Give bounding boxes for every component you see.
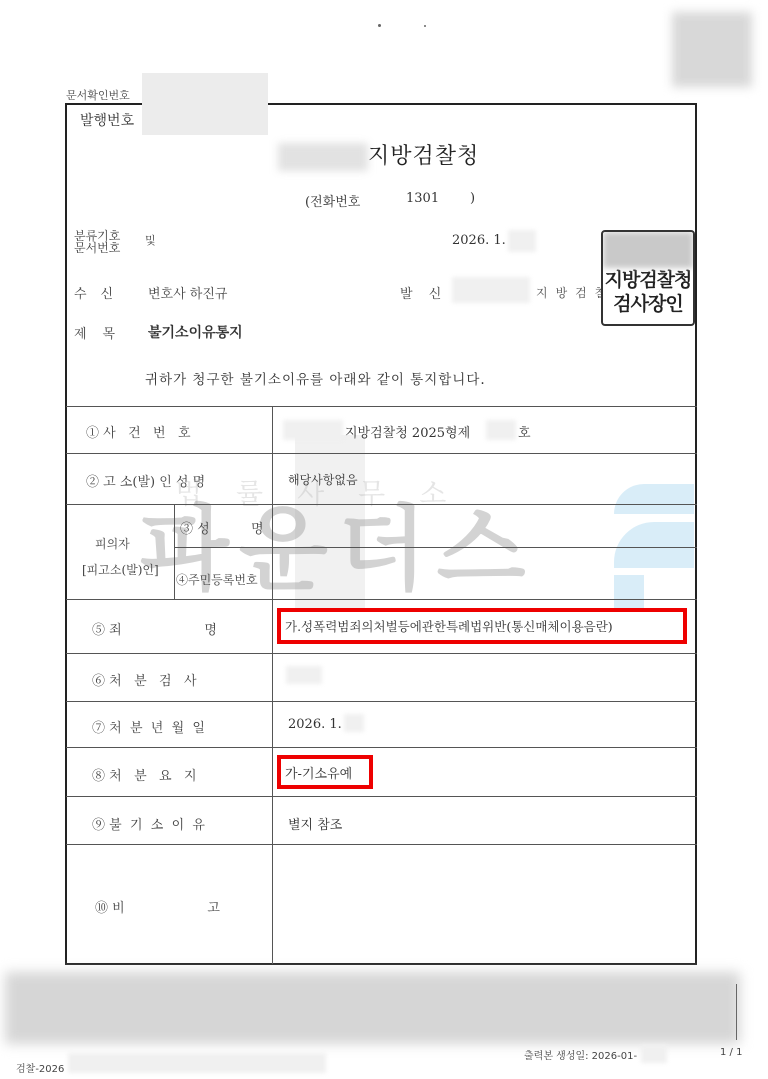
row-value-case-number-suffix: 호 (518, 422, 531, 441)
row-label-disposition-summary: ⑧ 처 분 요 지 (92, 765, 197, 784)
redacted-document-number (142, 73, 268, 135)
row-label-remarks: ⑩ 비 고 (95, 897, 220, 916)
table-border (66, 796, 697, 797)
scan-speck (424, 25, 426, 27)
table-column-divider (272, 406, 273, 964)
document-date: 2026. 1. (452, 233, 506, 248)
classification-label: 분류기호 문서번호 (74, 230, 120, 254)
suspect-group-label: 피의자 (95, 535, 130, 552)
row-value-case-number: 지방검찰청 2025형제 (345, 422, 470, 441)
seal-line-1: 지방검찰청 (603, 268, 693, 292)
row-value-disposition-date: 2026. 1. (288, 717, 342, 732)
table-border (66, 653, 697, 654)
watermark-logo-block (614, 575, 644, 611)
watermark-logo-wave (614, 484, 694, 514)
phone-number: 1301 (406, 191, 439, 206)
classification-and: 및 (145, 232, 156, 248)
org-title: 지방검찰청 (368, 139, 479, 170)
phone-close-paren: ) (470, 191, 475, 206)
row-value-charge: 가.성폭력범죄의처벌등에관한특례법위반(통신매체이용음란) (285, 617, 613, 635)
redacted-day (508, 230, 536, 252)
redacted-doc-id (68, 1053, 326, 1073)
sender-label: 발 신 (400, 283, 447, 302)
row-label-non-indictment-reason: ⑨ 불 기 소 이 유 (92, 814, 205, 833)
subject-label: 제목 (74, 323, 131, 342)
redacted-qr-code (672, 12, 752, 87)
row-value-disposition-summary: 가-기소유예 (285, 763, 352, 782)
redacted-region (283, 420, 343, 440)
redacted-prosecutor (286, 666, 322, 684)
redacted-region-name (278, 143, 368, 171)
classification-label-line2: 문서번호 (74, 242, 120, 254)
scan-speck (378, 24, 381, 27)
footer-border (736, 984, 737, 1040)
redacted-print-day (641, 1045, 667, 1063)
row-value-non-indictment-reason: 별지 참조 (288, 814, 342, 833)
row-label-resident-number: ④주민등록번호 (176, 571, 258, 588)
table-border (66, 504, 697, 505)
table-border (66, 599, 697, 600)
footer-print-date: 출력본 생성일: 2026-01- (524, 1047, 637, 1062)
redacted-case-number (486, 420, 516, 440)
issue-number-label: 발행번호 (80, 110, 134, 130)
suspect-group-sublabel: [피고소(발)인] (82, 561, 159, 578)
notice-text: 귀하가 청구한 불기소이유를 아래와 같이 통지합니다. (145, 368, 486, 388)
table-border (66, 844, 697, 845)
table-border (66, 453, 697, 454)
recipient-label: 수신 (74, 283, 127, 302)
recipient-value: 변호사 하진규 (148, 283, 227, 302)
table-border (66, 406, 697, 407)
table-border (66, 701, 697, 702)
row-label-case-number: ① 사 건 번 호 (86, 422, 191, 441)
row-label-charge: ⑤ 죄 명 (92, 619, 217, 638)
document-check-number-label: 문서확인번호 (66, 87, 130, 103)
table-border (174, 547, 697, 548)
redacted-footer-block (5, 972, 740, 1044)
row-value-complainant: 해당사항없음 (288, 471, 358, 488)
redacted-seal-top (603, 232, 693, 268)
redacted-sender-region (452, 277, 530, 303)
table-column-divider (174, 504, 175, 599)
footer-doc-id: 검찰-2026 (16, 1060, 64, 1075)
row-label-prosecutor: ⑥ 처 분 검 사 (92, 670, 197, 689)
subject-value: 불기소이유통지 (148, 322, 243, 342)
row-label-complainant: ② 고 소(발) 인 성 명 (86, 471, 205, 490)
row-label-name: ③ 성 명 (180, 518, 264, 537)
row-label-disposition-date: ⑦ 처 분 년 월 일 (92, 717, 205, 736)
table-border (66, 747, 697, 748)
phone-label: (전화번호 (305, 191, 360, 210)
redacted-day (344, 714, 364, 732)
seal-line-2: 검사장인 (603, 292, 693, 316)
footer-page-number: 1 / 1 (720, 1047, 742, 1058)
official-seal: 지방검찰청 검사장인 (601, 230, 695, 326)
